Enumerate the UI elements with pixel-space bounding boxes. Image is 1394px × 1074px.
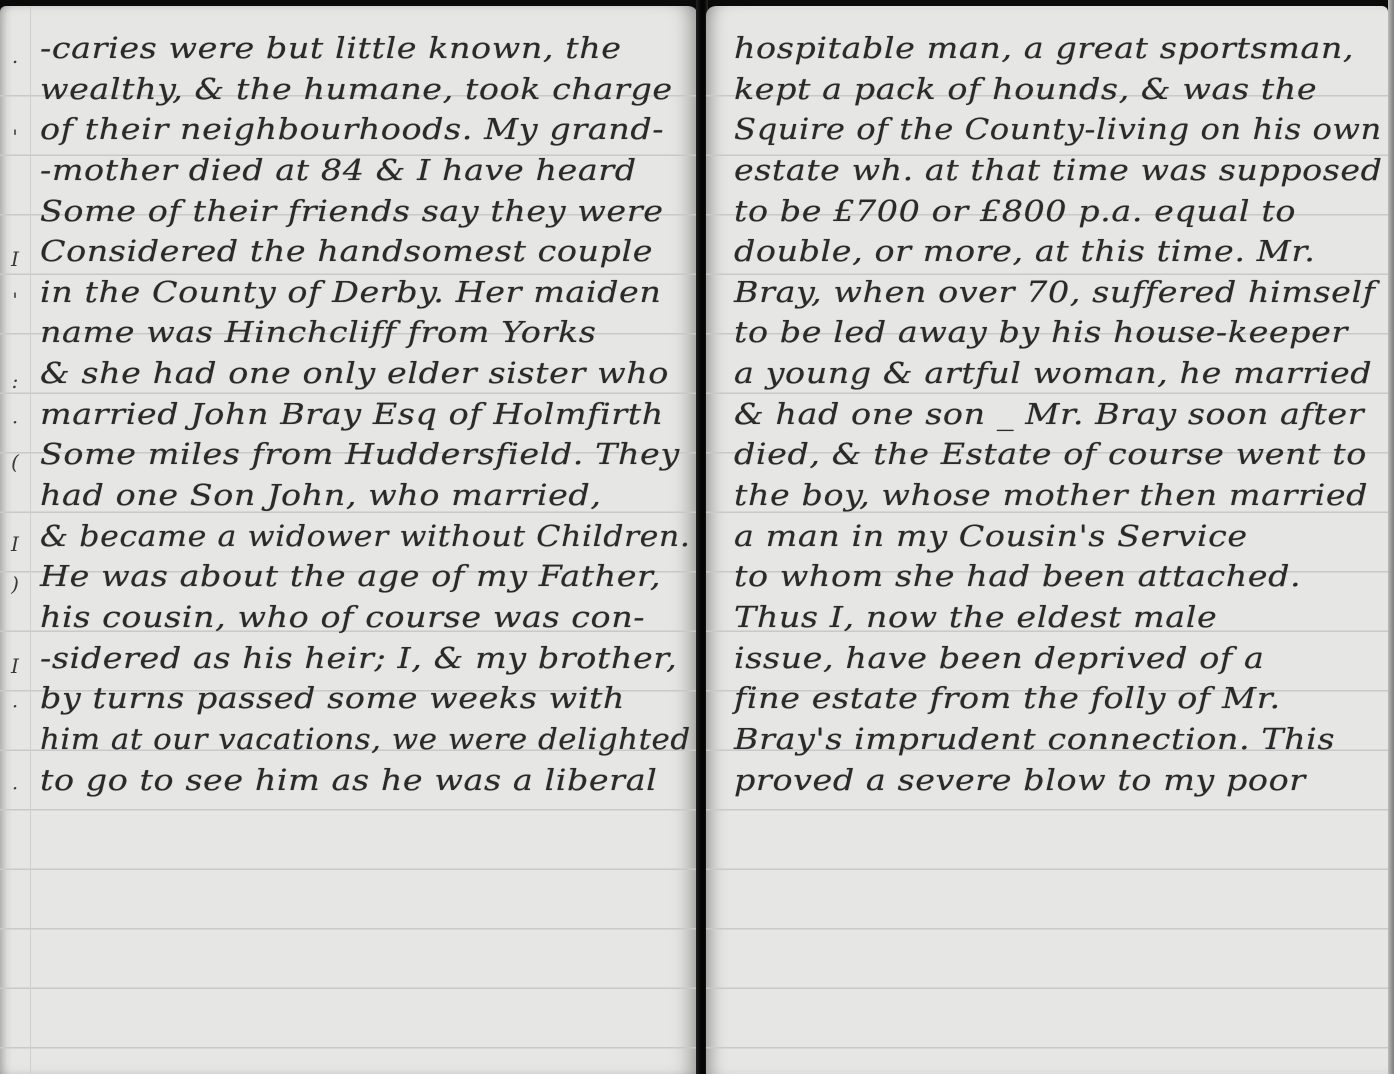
notebook-spread: . ' I ' : · ( I ) I · · -caries were but… bbox=[0, 0, 1394, 1074]
handwritten-line: Thus I, now the eldest male bbox=[734, 597, 1388, 638]
margin-mark: I bbox=[4, 646, 26, 687]
margin-mark bbox=[4, 199, 26, 240]
left-page: . ' I ' : · ( I ) I · · -caries were but… bbox=[0, 6, 698, 1074]
right-page: hospitable man, a great sportsman, kept … bbox=[706, 6, 1388, 1074]
handwritten-line: married John Bray Esq of Holmfirth bbox=[40, 394, 698, 435]
left-page-text: -caries were but little known, the wealt… bbox=[40, 28, 690, 800]
handwritten-line: -caries were but little known, the bbox=[40, 28, 698, 69]
margin-mark bbox=[4, 320, 26, 361]
handwritten-line: -mother died at 84 & I have heard bbox=[40, 150, 698, 191]
margin-line bbox=[30, 6, 31, 1074]
handwritten-line: had one Son John, who married, bbox=[40, 475, 698, 516]
margin-mark: ( bbox=[4, 442, 26, 483]
page-edge bbox=[1388, 0, 1394, 1074]
handwritten-line: in the County of Derby. Her maiden bbox=[40, 272, 698, 313]
margin-mark: : bbox=[4, 361, 26, 402]
handwritten-line: to be led away by his house-keeper bbox=[734, 312, 1388, 353]
handwritten-line: a young & artful woman, he married bbox=[734, 353, 1388, 394]
handwritten-line: Bray, when over 70, suffered himself bbox=[734, 272, 1388, 313]
margin-mark: · bbox=[4, 686, 26, 727]
handwritten-line: He was about the age of my Father, bbox=[40, 556, 698, 597]
handwritten-line: Some miles from Huddersfield. They bbox=[40, 434, 698, 475]
margin-mark: ) bbox=[4, 564, 26, 605]
handwritten-line: proved a severe blow to my poor bbox=[734, 760, 1388, 801]
margin-mark: . bbox=[4, 36, 26, 77]
handwritten-line: wealthy, & the humane, took charge bbox=[40, 69, 698, 110]
handwritten-line: Squire of the County-living on his own bbox=[734, 109, 1388, 150]
handwritten-line: to go to see him as he was a liberal bbox=[40, 760, 698, 801]
handwritten-line: died, & the Estate of course went to bbox=[734, 434, 1388, 475]
handwritten-line: estate wh. at that time was supposed bbox=[734, 150, 1388, 191]
margin-mark: I bbox=[4, 524, 26, 565]
handwritten-line: name was Hinchcliff from Yorks bbox=[40, 312, 698, 353]
handwritten-line: to be £700 or £800 p.a. equal to bbox=[734, 191, 1388, 232]
margin-mark bbox=[4, 483, 26, 524]
margin-mark bbox=[4, 605, 26, 646]
handwritten-line: a man in my Cousin's Service bbox=[734, 516, 1388, 557]
handwritten-line: Some of their friends say they were bbox=[40, 191, 698, 232]
handwritten-line: Considered the handsomest couple bbox=[40, 231, 698, 272]
handwritten-line: Bray's imprudent connection. This bbox=[734, 719, 1388, 760]
handwritten-line: hospitable man, a great sportsman, bbox=[734, 28, 1388, 69]
handwritten-line: his cousin, who of course was con- bbox=[40, 597, 698, 638]
margin-mark bbox=[4, 727, 26, 768]
margin-mark: I bbox=[4, 239, 26, 280]
margin-mark: ' bbox=[4, 280, 26, 321]
handwritten-line: double, or more, at this time. Mr. bbox=[734, 231, 1388, 272]
margin-mark bbox=[4, 158, 26, 199]
handwritten-line: -sidered as his heir; I, & my brother, bbox=[40, 638, 698, 679]
handwritten-line: of their neighbourhoods. My grand- bbox=[40, 109, 698, 150]
handwritten-line: & had one son _ Mr. Bray soon after bbox=[734, 394, 1388, 435]
handwritten-line: kept a pack of hounds, & was the bbox=[734, 69, 1388, 110]
handwritten-line: by turns passed some weeks with bbox=[40, 678, 698, 719]
handwritten-line: the boy, whose mother then married bbox=[734, 475, 1388, 516]
margin-mark: · bbox=[4, 768, 26, 809]
margin-mark: · bbox=[4, 402, 26, 443]
handwritten-line: issue, have been deprived of a bbox=[734, 638, 1388, 679]
right-page-text: hospitable man, a great sportsman, kept … bbox=[734, 28, 1382, 800]
handwritten-line: fine estate from the folly of Mr. bbox=[734, 678, 1388, 719]
handwritten-line: to whom she had been attached. bbox=[734, 556, 1388, 597]
handwritten-line: & she had one only elder sister who bbox=[40, 353, 698, 394]
margin-mark bbox=[4, 77, 26, 118]
handwritten-line: him at our vacations, we were delighted bbox=[40, 719, 698, 760]
handwritten-line: & became a widower without Children. bbox=[40, 516, 698, 557]
margin-mark: ' bbox=[4, 117, 26, 158]
margin-marks: . ' I ' : · ( I ) I · · bbox=[4, 36, 26, 808]
